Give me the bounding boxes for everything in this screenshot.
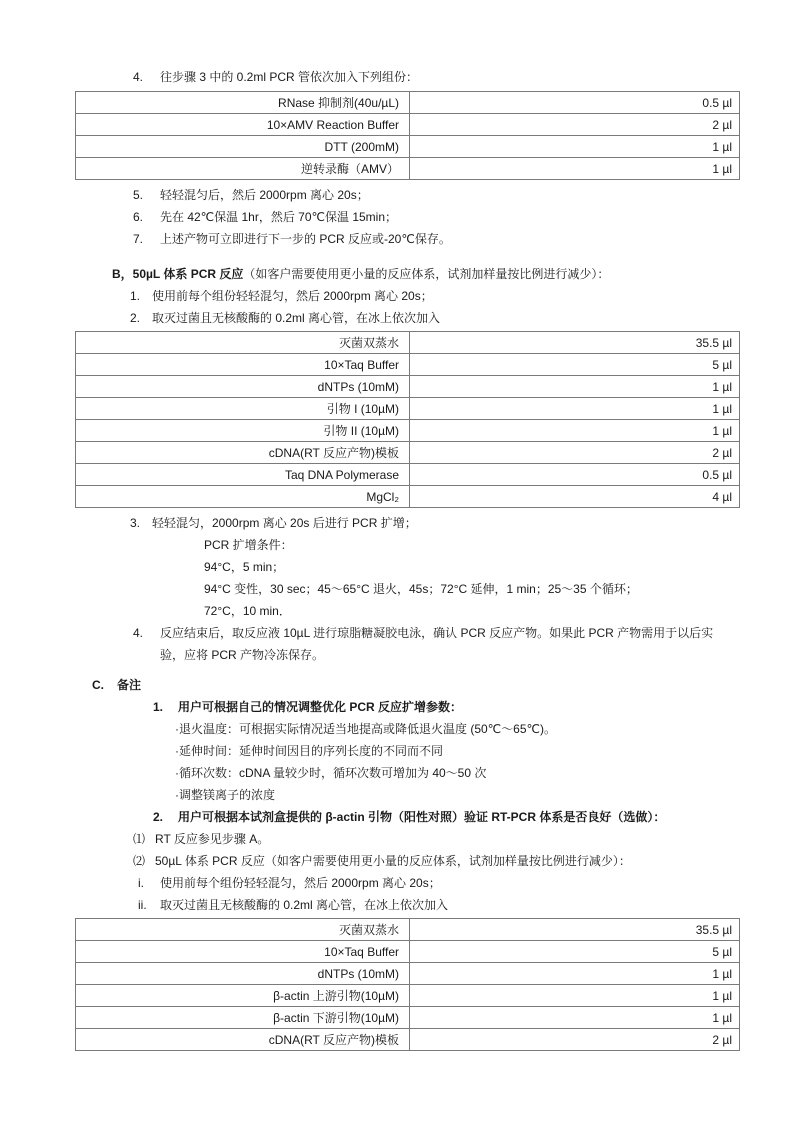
pcr-condition-line: PCR 扩增条件： bbox=[75, 534, 720, 556]
note-text: 用户可根据自己的情况调整优化 PCR 反应扩增参数： bbox=[178, 696, 462, 718]
roman-marker: ii. bbox=[138, 894, 160, 916]
reagent-volume-cell: 1 µl bbox=[410, 963, 740, 985]
step-line-b4-second: 验，应将 PCR 产物冷冻保存。 bbox=[75, 644, 720, 666]
step-line-b1: 1. 使用前每个组份轻轻混匀，然后 2000rpm 离心 20s； bbox=[75, 285, 720, 307]
reagent-name-cell: 逆转录酶（AMV） bbox=[76, 158, 410, 180]
reagent-volume-cell: 4 µl bbox=[410, 486, 740, 508]
pcr-condition-line: 94°C，5 min； bbox=[75, 556, 720, 578]
reagent-volume-cell: 1 µl bbox=[410, 1007, 740, 1029]
table-row: dNTPs (10mM) 1 µl bbox=[76, 963, 740, 985]
reagent-volume-cell: 1 µl bbox=[410, 420, 740, 442]
section-b-subtitle: （如客户需要使用更小量的反应体系，试剂加样量按比例进行减少）： bbox=[243, 263, 609, 285]
document-page: 4. 往步骤 3 中的 0.2ml PCR 管依次加入下列组份： RNase 抑… bbox=[0, 0, 794, 1123]
roman-text: 取灭过菌且无核酸酶的 0.2ml 离心管，在冰上依次加入 bbox=[160, 894, 448, 916]
reagent-volume-cell: 1 µl bbox=[410, 376, 740, 398]
reagent-name-cell: 灭菌双蒸水 bbox=[76, 332, 410, 354]
beta-actin-reagent-table: 灭菌双蒸水 35.5 µl 10×Taq Buffer 5 µl dNTPs (… bbox=[75, 918, 740, 1051]
rt-reagent-table: RNase 抑制剂(40u/µL) 0.5 µl 10×AMV Reaction… bbox=[75, 91, 740, 180]
step-line-b2: 2. 取灭过菌且无核酸酶的 0.2ml 离心管，在冰上依次加入 bbox=[75, 307, 720, 329]
reagent-name-cell: cDNA(RT 反应产物)模板 bbox=[76, 1029, 410, 1051]
table-row: dNTPs (10mM) 1 µl bbox=[76, 376, 740, 398]
reagent-volume-cell: 35.5 µl bbox=[410, 919, 740, 941]
section-c-letter: C. bbox=[92, 674, 117, 696]
table-row: 逆转录酶（AMV） 1 µl bbox=[76, 158, 740, 180]
pcr-reagent-table: 灭菌双蒸水 35.5 µl 10×Taq Buffer 5 µl dNTPs (… bbox=[75, 331, 740, 508]
step-number: 2. bbox=[130, 307, 152, 329]
pcr-condition-line: 94°C 变性，30 sec；45～65°C 退火，45s；72°C 延伸，1 … bbox=[75, 578, 720, 600]
reagent-volume-cell: 5 µl bbox=[410, 354, 740, 376]
note-bullet: ·退火温度：可根据实际情况适当地提高或降低退火温度 (50℃～65℃)。 bbox=[75, 718, 720, 740]
reagent-name-cell: RNase 抑制剂(40u/µL) bbox=[76, 92, 410, 114]
roman-item-ii: ii. 取灭过菌且无核酸酶的 0.2ml 离心管，在冰上依次加入 bbox=[75, 894, 720, 916]
reagent-volume-cell: 1 µl bbox=[410, 158, 740, 180]
table-row: 引物 I (10µM) 1 µl bbox=[76, 398, 740, 420]
step-text: 轻轻混匀后，然后 2000rpm 离心 20s； bbox=[160, 184, 369, 206]
table-row: 灭菌双蒸水 35.5 µl bbox=[76, 332, 740, 354]
step-text: 使用前每个组份轻轻混匀，然后 2000rpm 离心 20s； bbox=[152, 285, 433, 307]
reagent-name-cell: 引物 I (10µM) bbox=[76, 398, 410, 420]
reagent-volume-cell: 1 µl bbox=[410, 136, 740, 158]
reagent-name-cell: 灭菌双蒸水 bbox=[76, 919, 410, 941]
reagent-name-cell: Taq DNA Polymerase bbox=[76, 464, 410, 486]
roman-item-i: i. 使用前每个组份轻轻混匀，然后 2000rpm 离心 20s； bbox=[75, 872, 720, 894]
step-number: 3. bbox=[130, 512, 152, 534]
reagent-volume-cell: 5 µl bbox=[410, 941, 740, 963]
table-row: β-actin 上游引物(10µM) 1 µl bbox=[76, 985, 740, 1007]
document-content: 4. 往步骤 3 中的 0.2ml PCR 管依次加入下列组份： RNase 抑… bbox=[75, 66, 720, 1051]
table-row: β-actin 下游引物(10µM) 1 µl bbox=[76, 1007, 740, 1029]
step-number: 1. bbox=[130, 285, 152, 307]
sub-item-text: 50µL 体系 PCR 反应（如客户需要使用更小量的反应体系，试剂加样量按比例进… bbox=[155, 850, 631, 872]
reagent-name-cell: β-actin 上游引物(10µM) bbox=[76, 985, 410, 1007]
reagent-name-cell: MgCl₂ bbox=[76, 486, 410, 508]
table-row: 10×Taq Buffer 5 µl bbox=[76, 354, 740, 376]
step-text: 反应结束后，取反应液 10µL 进行琼脂糖凝胶电泳，确认 PCR 反应产物。如果… bbox=[160, 622, 713, 644]
reagent-name-cell: β-actin 下游引物(10µM) bbox=[76, 1007, 410, 1029]
reagent-name-cell: dNTPs (10mM) bbox=[76, 963, 410, 985]
step-text: 验，应将 PCR 产物冷冻保存。 bbox=[160, 644, 324, 666]
section-c-title: 备注 bbox=[117, 674, 141, 696]
reagent-name-cell: dNTPs (10mM) bbox=[76, 376, 410, 398]
step-line-a6: 6. 先在 42℃保温 1hr，然后 70℃保温 15min； bbox=[75, 206, 720, 228]
step-list-b: 1. 使用前每个组份轻轻混匀，然后 2000rpm 离心 20s； 2. 取灭过… bbox=[75, 285, 720, 329]
reagent-name-cell: 10×Taq Buffer bbox=[76, 354, 410, 376]
step-line-a4: 4. 往步骤 3 中的 0.2ml PCR 管依次加入下列组份： bbox=[75, 66, 720, 88]
step-list-a: 5. 轻轻混匀后，然后 2000rpm 离心 20s； 6. 先在 42℃保温 … bbox=[75, 184, 720, 250]
step-number: 5. bbox=[133, 184, 160, 206]
table-row: 引物 II (10µM) 1 µl bbox=[76, 420, 740, 442]
table-row: 灭菌双蒸水 35.5 µl bbox=[76, 919, 740, 941]
roman-text: 使用前每个组份轻轻混匀，然后 2000rpm 离心 20s； bbox=[160, 872, 441, 894]
sub-item-text: RT 反应参见步骤 A。 bbox=[155, 828, 269, 850]
pcr-condition-line: 72°C，10 min． bbox=[75, 600, 720, 622]
sub-item-marker: ⑵ bbox=[133, 850, 155, 872]
step-number: 7. bbox=[133, 228, 160, 250]
step-text: 轻轻混匀，2000rpm 离心 20s 后进行 PCR 扩增； bbox=[152, 512, 417, 534]
step-line-a5: 5. 轻轻混匀后，然后 2000rpm 离心 20s； bbox=[75, 184, 720, 206]
step-line-b4: 4. 反应结束后，取反应液 10µL 进行琼脂糖凝胶电泳，确认 PCR 反应产物… bbox=[75, 622, 720, 666]
step-line-b3: 3. 轻轻混匀，2000rpm 离心 20s 后进行 PCR 扩增； bbox=[75, 512, 720, 534]
table-row: cDNA(RT 反应产物)模板 2 µl bbox=[76, 1029, 740, 1051]
reagent-volume-cell: 35.5 µl bbox=[410, 332, 740, 354]
reagent-name-cell: 10×AMV Reaction Buffer bbox=[76, 114, 410, 136]
step-number: 6. bbox=[133, 206, 160, 228]
reagent-volume-cell: 0.5 µl bbox=[410, 92, 740, 114]
step-text: 取灭过菌且无核酸酶的 0.2ml 离心管，在冰上依次加入 bbox=[152, 307, 440, 329]
reagent-volume-cell: 2 µl bbox=[410, 1029, 740, 1051]
reagent-name-cell: 引物 II (10µM) bbox=[76, 420, 410, 442]
table-row: Taq DNA Polymerase 0.5 µl bbox=[76, 464, 740, 486]
step-number: 4. bbox=[133, 66, 160, 88]
step-line-b4-first: 4. 反应结束后，取反应液 10µL 进行琼脂糖凝胶电泳，确认 PCR 反应产物… bbox=[75, 622, 720, 644]
note-number: 2. bbox=[153, 806, 178, 828]
section-b-heading: B，50µL 体系 PCR 反应（如客户需要使用更小量的反应体系，试剂加样量按比… bbox=[75, 263, 720, 285]
sub-item-1: ⑴ RT 反应参见步骤 A。 bbox=[75, 828, 720, 850]
roman-marker: i. bbox=[138, 872, 160, 894]
step-number: 4. bbox=[133, 622, 160, 644]
sub-item-marker: ⑴ bbox=[133, 828, 155, 850]
note-bullet: ·调整镁离子的浓度 bbox=[75, 784, 720, 806]
step-line-a7: 7. 上述产物可立即进行下一步的 PCR 反应或-20℃保存。 bbox=[75, 228, 720, 250]
reagent-volume-cell: 0.5 µl bbox=[410, 464, 740, 486]
table-row: DTT (200mM) 1 µl bbox=[76, 136, 740, 158]
step-text: 往步骤 3 中的 0.2ml PCR 管依次加入下列组份： bbox=[160, 66, 418, 88]
note-bullet: ·延伸时间：延伸时间因目的序列长度的不同而不同 bbox=[75, 740, 720, 762]
step-text: 上述产物可立即进行下一步的 PCR 反应或-20℃保存。 bbox=[160, 228, 451, 250]
step-text: 先在 42℃保温 1hr，然后 70℃保温 15min； bbox=[160, 206, 397, 228]
table-row: MgCl₂ 4 µl bbox=[76, 486, 740, 508]
reagent-volume-cell: 2 µl bbox=[410, 114, 740, 136]
note-item-2: 2. 用户可根据本试剂盒提供的 β-actin 引物（阳性对照）验证 RT-PC… bbox=[75, 806, 720, 828]
step-number-spacer bbox=[133, 644, 160, 666]
reagent-name-cell: cDNA(RT 反应产物)模板 bbox=[76, 442, 410, 464]
note-item-1: 1. 用户可根据自己的情况调整优化 PCR 反应扩增参数： bbox=[75, 696, 720, 718]
note-bullets: ·退火温度：可根据实际情况适当地提高或降低退火温度 (50℃～65℃)。 ·延伸… bbox=[75, 718, 720, 806]
note-text: 用户可根据本试剂盒提供的 β-actin 引物（阳性对照）验证 RT-PCR 体… bbox=[178, 806, 665, 828]
table-row: cDNA(RT 反应产物)模板 2 µl bbox=[76, 442, 740, 464]
sub-item-2: ⑵ 50µL 体系 PCR 反应（如客户需要使用更小量的反应体系，试剂加样量按比… bbox=[75, 850, 720, 872]
section-b-title: B，50µL 体系 PCR 反应 bbox=[112, 263, 243, 285]
note-number: 1. bbox=[153, 696, 178, 718]
reagent-volume-cell: 1 µl bbox=[410, 398, 740, 420]
reagent-volume-cell: 1 µl bbox=[410, 985, 740, 1007]
reagent-volume-cell: 2 µl bbox=[410, 442, 740, 464]
pcr-conditions: PCR 扩增条件： 94°C，5 min； 94°C 变性，30 sec；45～… bbox=[75, 534, 720, 622]
table-row: RNase 抑制剂(40u/µL) 0.5 µl bbox=[76, 92, 740, 114]
reagent-name-cell: DTT (200mM) bbox=[76, 136, 410, 158]
table-row: 10×AMV Reaction Buffer 2 µl bbox=[76, 114, 740, 136]
section-c-heading: C. 备注 bbox=[75, 674, 720, 696]
note-bullet: ·循环次数：cDNA 量较少时，循环次数可增加为 40～50 次 bbox=[75, 762, 720, 784]
table-row: 10×Taq Buffer 5 µl bbox=[76, 941, 740, 963]
reagent-name-cell: 10×Taq Buffer bbox=[76, 941, 410, 963]
